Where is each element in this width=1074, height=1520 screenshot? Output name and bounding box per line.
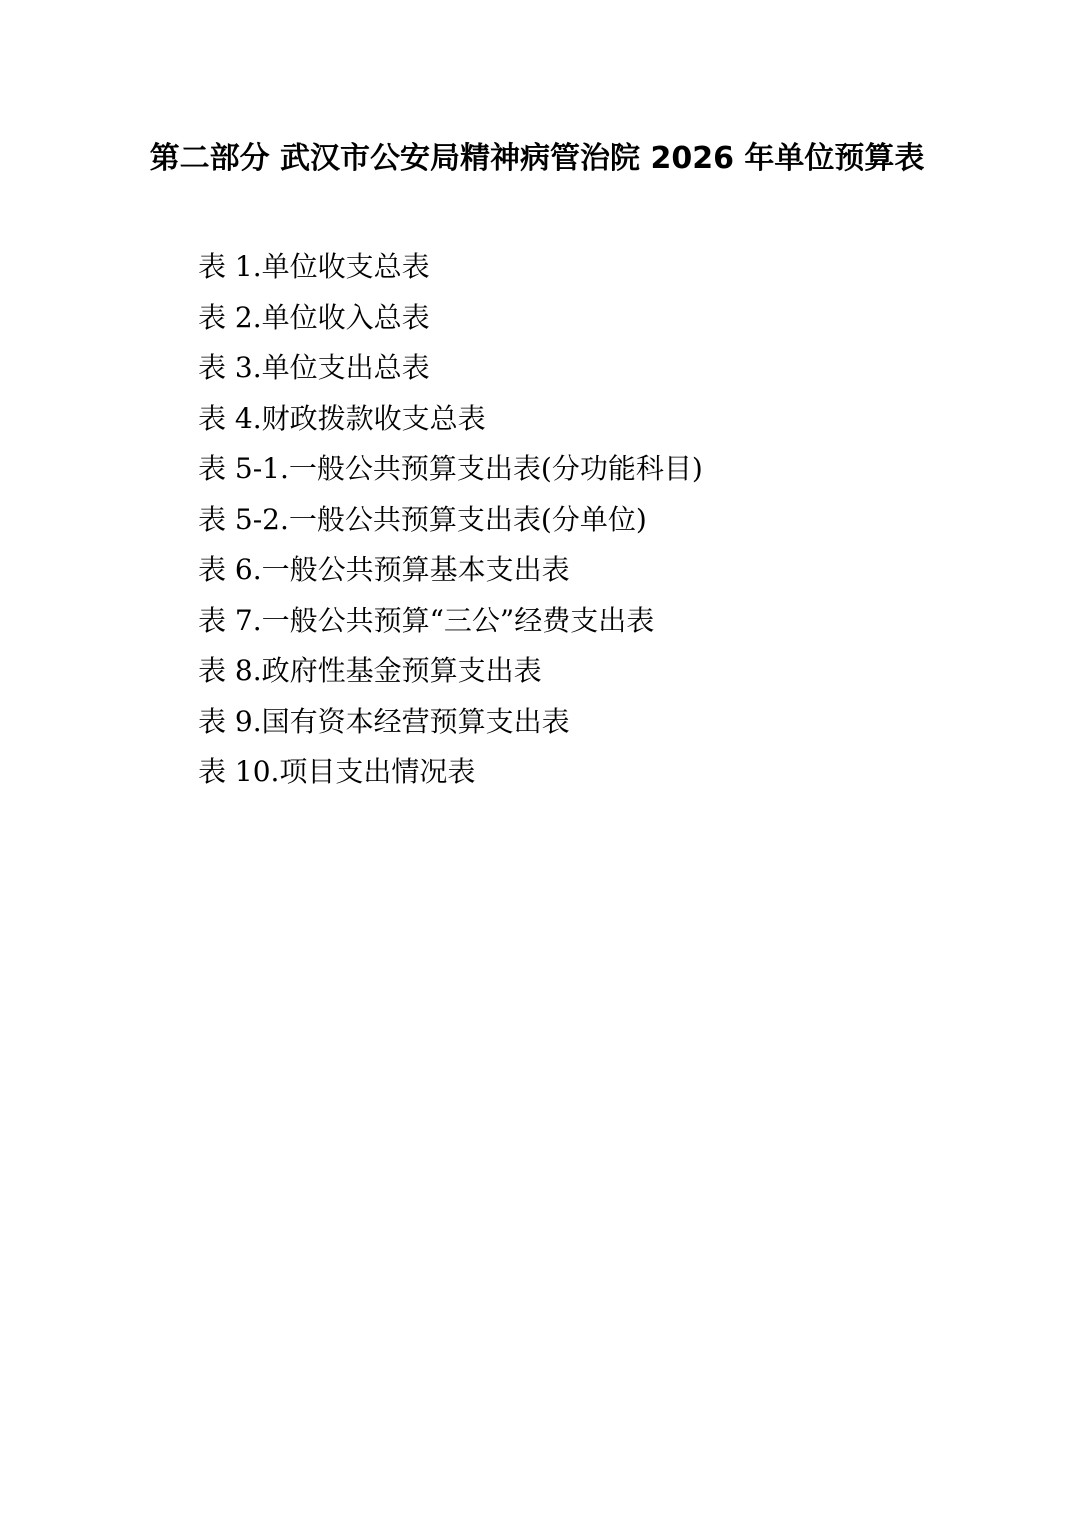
- table-list-item: 表 5-2.一般公共预算支出表(分单位): [198, 495, 1074, 546]
- table-list-item: 表 8.政府性基金预算支出表: [198, 646, 1074, 697]
- table-list-item: 表 7.一般公共预算“三公”经费支出表: [198, 596, 1074, 647]
- table-list-item: 表 10.项目支出情况表: [198, 747, 1074, 798]
- section-title: 第二部分 武汉市公安局精神病管治院 2026 年单位预算表: [0, 0, 1074, 175]
- table-list-item: 表 3.单位支出总表: [198, 343, 1074, 394]
- table-list-item: 表 5-1.一般公共预算支出表(分功能科目): [198, 444, 1074, 495]
- table-list-item: 表 6.一般公共预算基本支出表: [198, 545, 1074, 596]
- table-list-item: 表 2.单位收入总表: [198, 293, 1074, 344]
- table-list-item: 表 1.单位收支总表: [198, 242, 1074, 293]
- table-list-item: 表 4.财政拨款收支总表: [198, 394, 1074, 445]
- document-page: 第二部分 武汉市公安局精神病管治院 2026 年单位预算表 表 1.单位收支总表…: [0, 0, 1074, 1520]
- table-of-tables-list: 表 1.单位收支总表表 2.单位收入总表表 3.单位支出总表表 4.财政拨款收支…: [198, 242, 1074, 798]
- table-list-item: 表 9.国有资本经营预算支出表: [198, 697, 1074, 748]
